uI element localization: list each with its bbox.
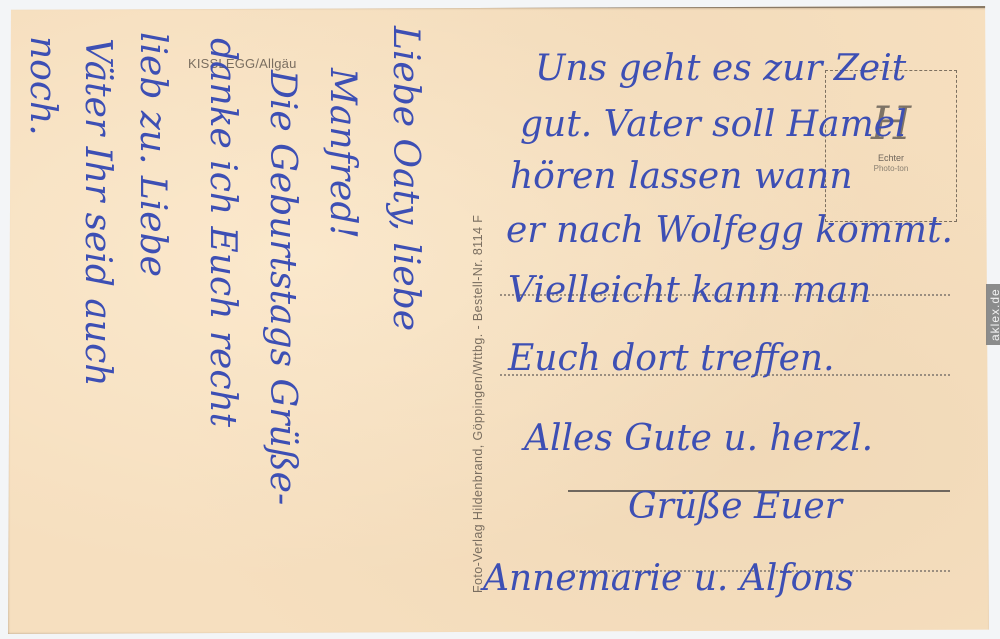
handwriting-line: Vielleicht kann man	[508, 270, 871, 311]
handwriting-column: danke ich Euch recht	[202, 38, 243, 427]
handwriting-line: Grüße Euer	[628, 486, 842, 527]
watermark: aklex.de	[986, 284, 1000, 345]
handwriting-line: hören lassen wann	[510, 156, 853, 197]
handwriting-column: Manfred!	[322, 68, 363, 239]
stamp-box: H Echter Photo-ton	[825, 70, 957, 222]
postcard-back: KISSLEGG/Allgäu Foto-Verlag Hildenbrand,…	[8, 6, 990, 634]
handwriting-column: Väter Ihr seid auch	[77, 38, 118, 386]
handwriting-column: Liebe Oaty, liebe	[385, 26, 426, 331]
handwriting-line: Alles Gute u. herzl.	[524, 418, 873, 459]
handwriting-line: gut. Vater soll Hamel	[520, 104, 907, 145]
publisher-line: Foto-Verlag Hildenbrand, Göppingen/Wttbg…	[471, 215, 485, 593]
handwriting-line: Euch dort treffen.	[508, 338, 835, 379]
handwriting-column: noch.	[22, 36, 63, 136]
handwriting-signature: Annemarie u. Alfons	[483, 558, 854, 599]
handwriting-column: Die Geburtstags Grüße-	[262, 70, 303, 505]
handwriting-line: er nach Wolfegg kommt.	[506, 210, 953, 251]
handwriting-column: lieb zu. Liebe	[132, 32, 173, 277]
handwriting-line: Uns geht es zur Zeit	[535, 48, 906, 89]
